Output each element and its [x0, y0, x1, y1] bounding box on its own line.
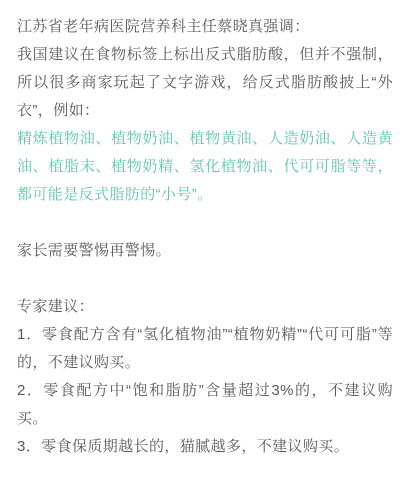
paragraph-expert-intro: 江苏省老年病医院营养科主任蔡晓真强调：	[17, 13, 393, 41]
advice-item-3: 3．零食保质期越长的，猫腻越多，不建议购买。	[17, 433, 393, 461]
advice-item-1: 1．零食配方含有“氢化植物油”“植物奶精”“代可可脂”等的，不建议购买。	[17, 321, 393, 377]
paragraph-body-explanation: 我国建议在食物标签上标出反式脂肪酸，但并不强制，所以很多商家玩起了文字游戏，给反…	[17, 41, 393, 125]
advice-item-2: 2．零食配方中“饱和脂肪”含量超过3%的，不建议购买。	[17, 377, 393, 433]
paragraph-trans-fat-aliases-highlight: 精炼植物油、植物奶油、植物黄油、人造奶油、人造黄油、植脂末、植物奶精、氢化植物油…	[17, 125, 393, 209]
expert-advice-heading: 专家建议：	[17, 293, 393, 321]
paragraph-parent-warning: 家长需要警惕再警惕。	[17, 237, 393, 265]
article-page: 江苏省老年病医院营养科主任蔡晓真强调： 我国建议在食物标签上标出反式脂肪酸，但并…	[0, 0, 410, 480]
